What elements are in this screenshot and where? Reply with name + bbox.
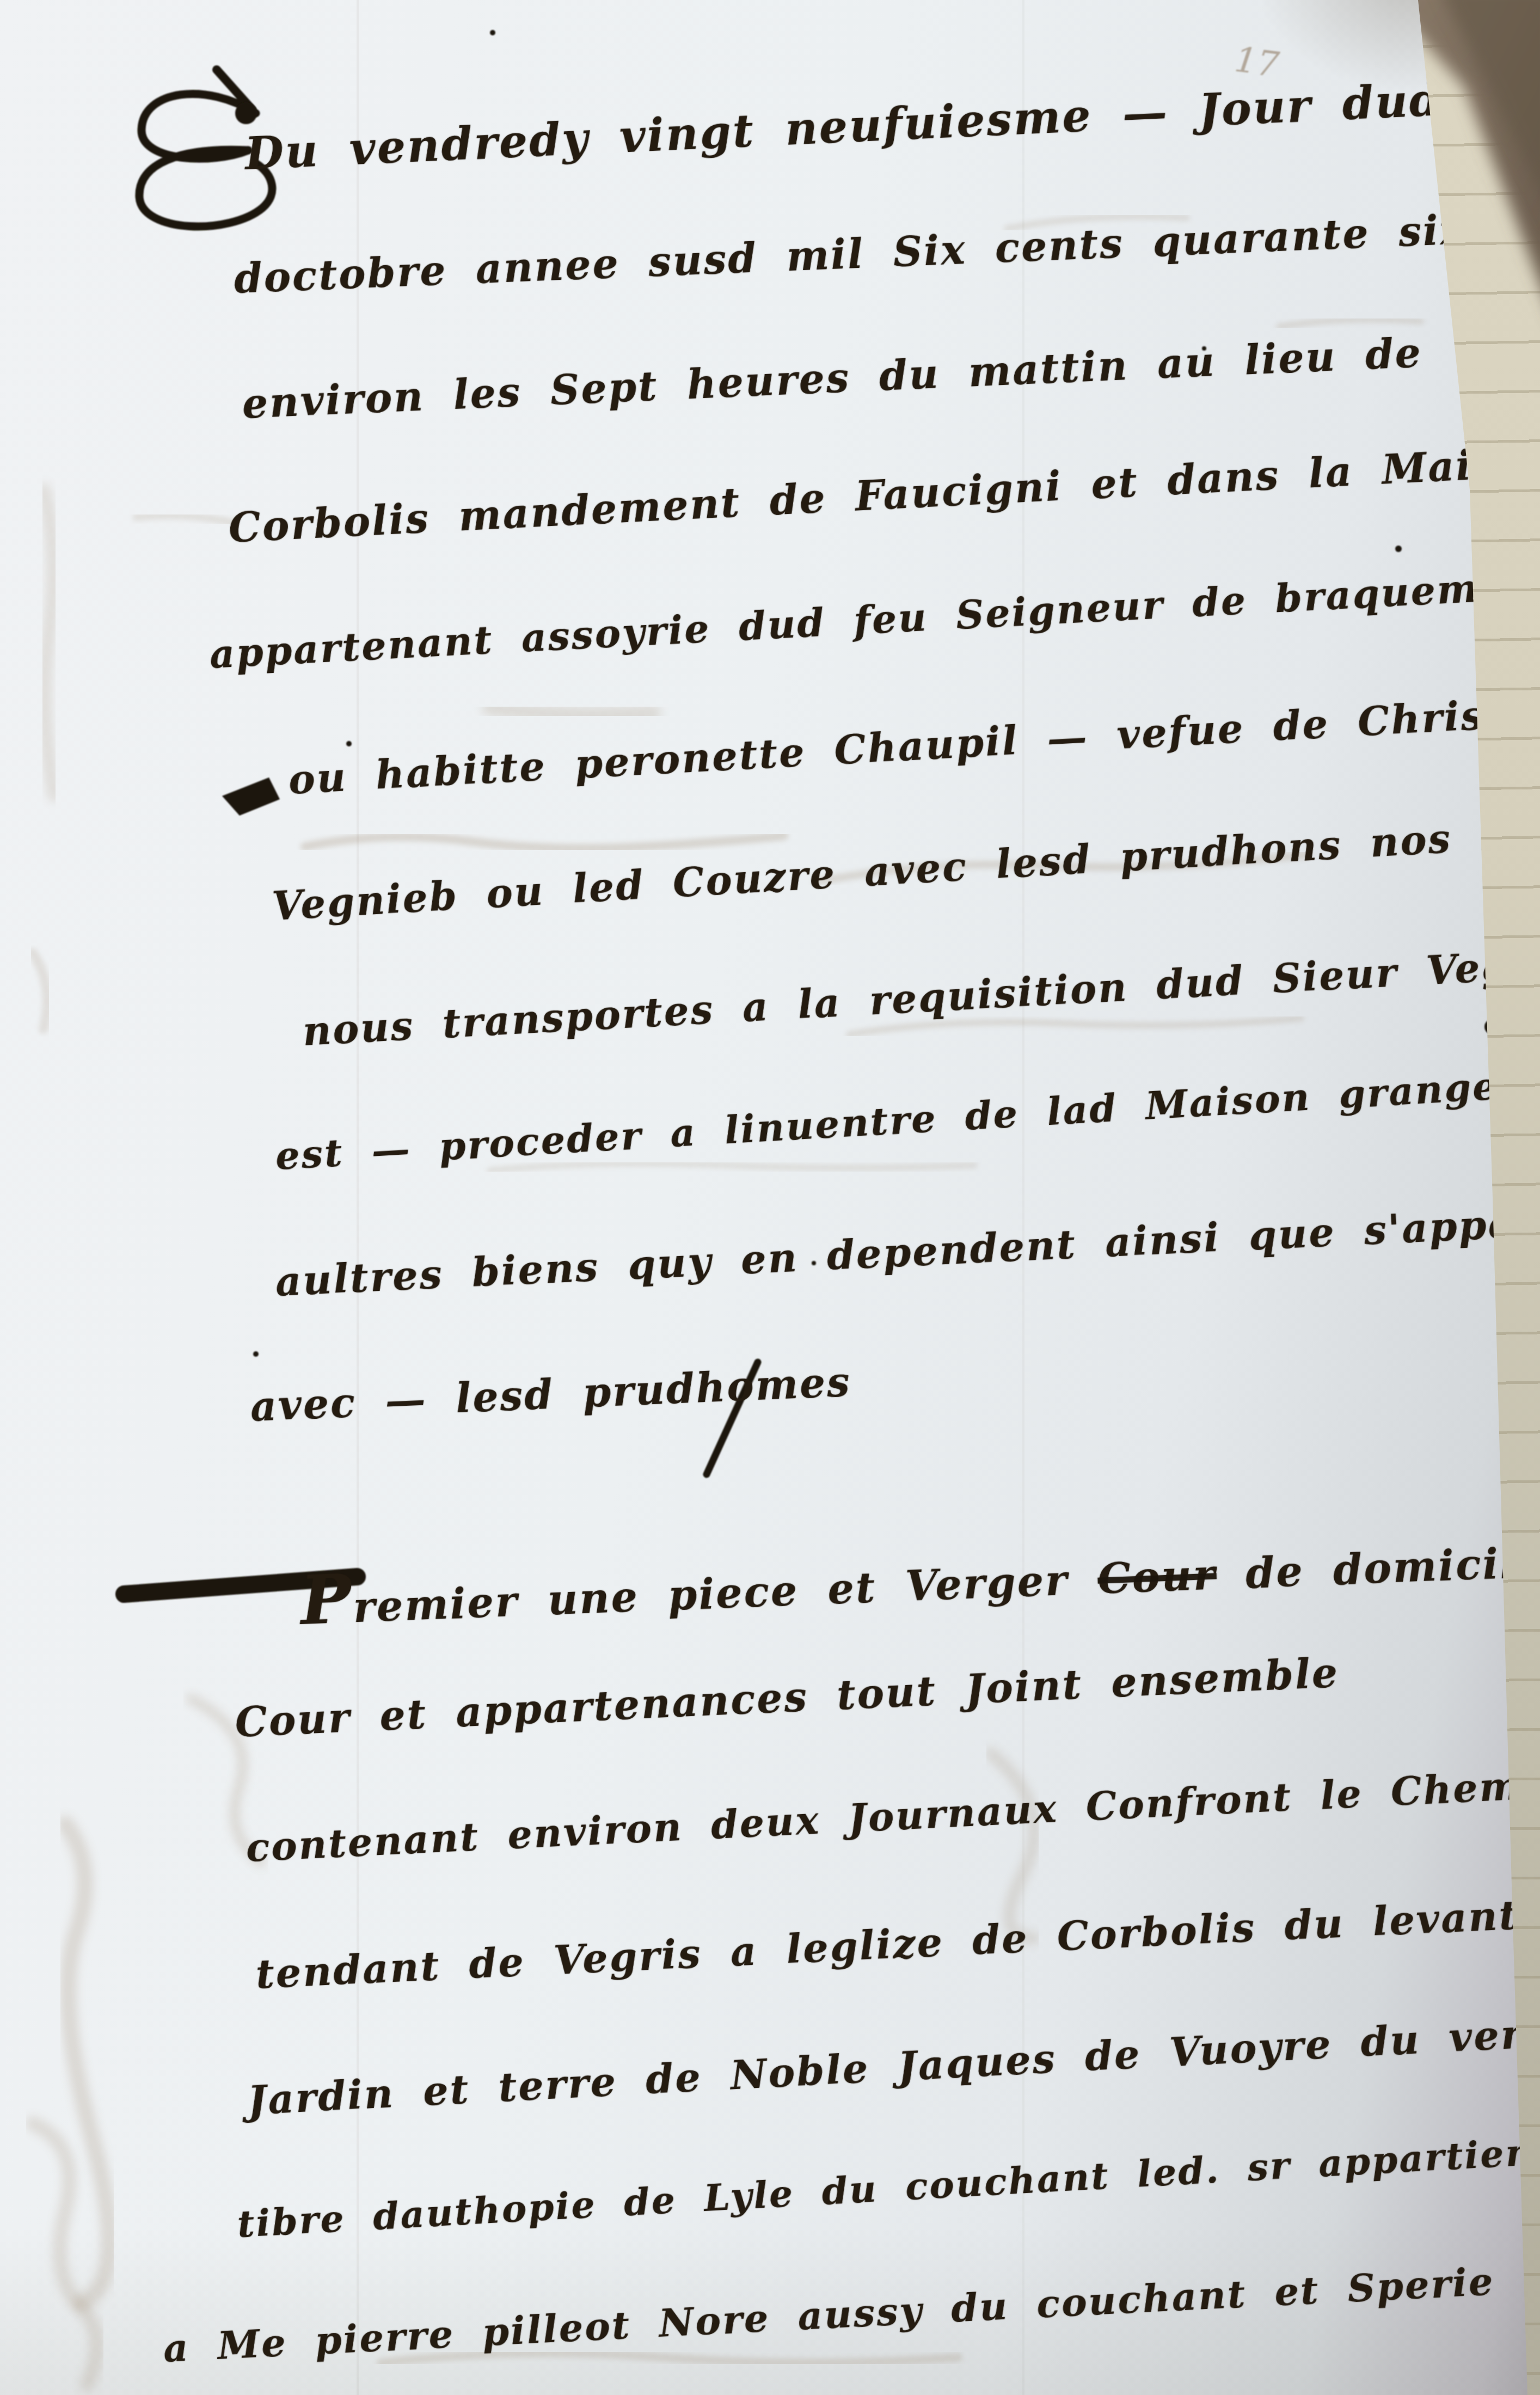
manuscript-page: 17 Du vendredy vingt neufuiesme — Jour d… bbox=[0, 0, 1540, 2395]
manuscript-photo: 17 Du vendredy vingt neufuiesme — Jour d… bbox=[0, 0, 1540, 2395]
folio-number: 17 bbox=[1232, 40, 1281, 85]
struck-word: Cour bbox=[1097, 1550, 1218, 1603]
line-text: de domicille bbox=[1244, 1537, 1540, 1597]
paragraph-initial: P bbox=[299, 1559, 354, 1640]
